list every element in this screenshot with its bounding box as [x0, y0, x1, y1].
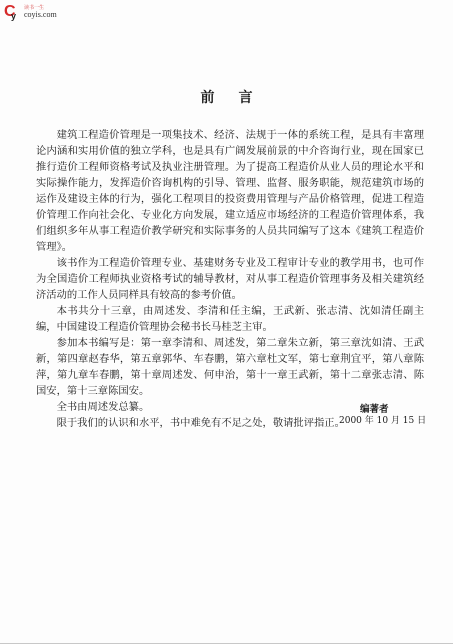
paragraph: 参加本书编写是：第一章李清和、周述发，第二章朱立新，第三章沈如清、王武新，第四章… [36, 335, 424, 399]
preface-body: 建筑工程造价管理是一项集技术、经济、法规于一体的系统工程，是具有丰富理论内涵和实… [36, 127, 424, 431]
logo-site-text: coyis.com [24, 10, 57, 19]
page-title: 前言 [0, 87, 453, 107]
logo-y-glyph: y [11, 11, 16, 21]
date: 2000 年 10 月 15 日 [339, 413, 426, 426]
paragraph: 本书共分十三章，由周述发、李清和任主编，王武新、张志清、沈如清任副主编，中国建设… [36, 303, 424, 335]
paragraph: 建筑工程造价管理是一项集技术、经济、法规于一体的系统工程，是具有丰富理论内涵和实… [36, 127, 424, 255]
paragraph: 该书作为工程造价管理专业、基建财务专业及工程审计专业的教学用书，也可作为全国造价… [36, 255, 424, 303]
